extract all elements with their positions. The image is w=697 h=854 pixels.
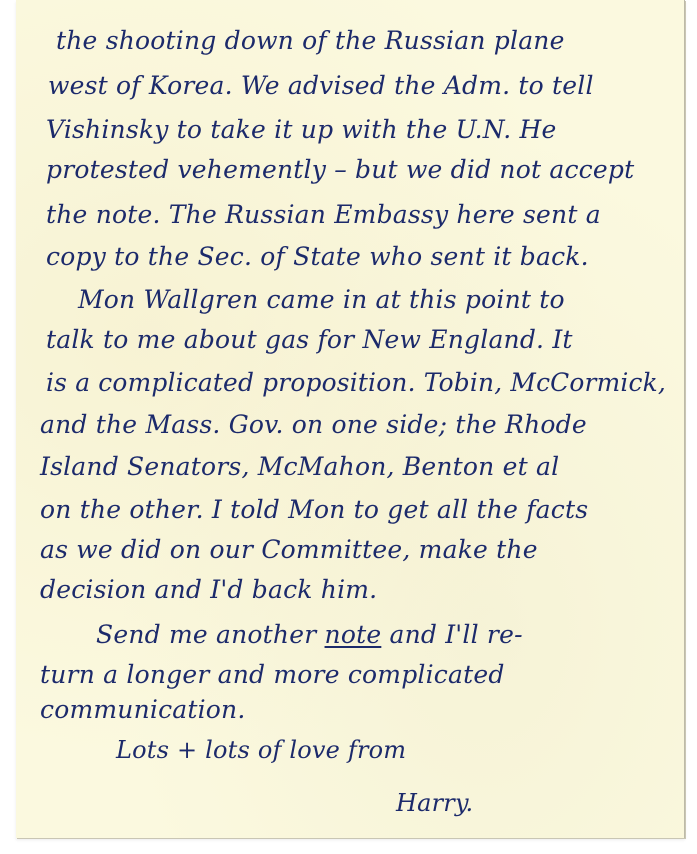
letter-page: the shooting down of the Russian plane w… [16, 0, 685, 838]
letter-line-2: west of Korea. We advised the Adm. to te… [48, 71, 594, 101]
letter-line-3: Vishinsky to take it up with the U.N. He [46, 115, 556, 145]
letter-line-1: the shooting down of the Russian plane [56, 26, 565, 56]
letter-line-6: copy to the Sec. of State who sent it ba… [46, 242, 589, 272]
letter-signature: Harry. [396, 788, 473, 818]
letter-line-14: decision and I'd back him. [40, 575, 377, 605]
letter-line-7: Mon Wallgren came in at this point to [78, 285, 565, 315]
letter-closing: Lots + lots of love from [116, 735, 406, 765]
text-segment: and I'll re- [381, 620, 522, 649]
letter-line-16: turn a longer and more complicated [40, 660, 505, 690]
letter-line-15: Send me another note and I'll re- [96, 620, 523, 650]
letter-line-10: and the Mass. Gov. on one side; the Rhod… [40, 410, 587, 440]
letter-line-5: the note. The Russian Embassy here sent … [46, 200, 601, 230]
underlined-word: note [325, 620, 382, 649]
letter-line-17: communication. [40, 695, 246, 725]
letter-line-12: on the other. I told Mon to get all the … [40, 495, 588, 525]
text-segment: Send me another [96, 620, 325, 649]
letter-line-11: Island Senators, McMahon, Benton et al [40, 452, 559, 482]
letter-line-8: talk to me about gas for New England. It [46, 325, 573, 355]
letter-line-13: as we did on our Committee, make the [40, 535, 538, 565]
letter-line-9: is a complicated proposition. Tobin, McC… [46, 368, 666, 398]
letter-line-4: protested vehemently – but we did not ac… [46, 155, 634, 185]
